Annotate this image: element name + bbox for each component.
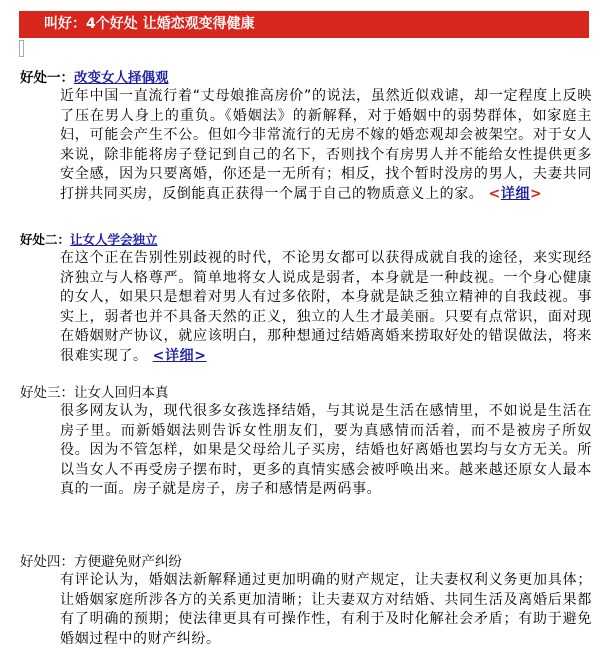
detail-bracket-close: > <box>530 186 542 202</box>
section-benefit-2: 好处二：让女人学会独立 在这个正在告别性别歧视的时代，不论男女都可以获得成就自我… <box>20 231 592 366</box>
section-title-link[interactable]: 改变女人择偶观 <box>74 70 169 86</box>
section-benefit-1: 好处一：改变女人择偶观 近年中国一直流行着“丈母娘推高房价”的说法，虽然近似戏谑… <box>20 69 592 204</box>
section-heading: 好处四：方便避免财产纠纷 <box>20 553 592 571</box>
article-page: 叫好：4个好处 让婚恋观变得健康 好处一：改变女人择偶观 近年中国一直流行着“丈… <box>0 0 600 672</box>
section-title: 方便避免财产纠纷 <box>74 554 182 570</box>
detail-bracket-close: > <box>194 348 206 364</box>
section-body: 有评论认为，婚姻法新解释通过更加明确的财产规定，让夫妻权利义务更加具体；让婚姻家… <box>60 571 592 649</box>
detail-label: 详细 <box>501 186 530 202</box>
text-cursor-box <box>19 40 24 57</box>
article-title: 叫好：4个好处 让婚恋观变得健康 <box>44 16 255 32</box>
section-heading: 好处一：改变女人择偶观 <box>20 69 592 87</box>
detail-bracket-open: < <box>488 186 500 202</box>
section-paragraph: 在这个正在告别性别歧视的时代，不论男女都可以获得成就自我的途径，来实现经济独立与… <box>60 250 592 364</box>
section-title: 让女人回归本真 <box>74 385 169 401</box>
section-benefit-4: 好处四：方便避免财产纠纷 有评论认为，婚姻法新解释通过更加明确的财产规定，让夫妻… <box>20 553 592 649</box>
section-title-link[interactable]: 让女人学会独立 <box>70 232 158 247</box>
detail-link[interactable]: <详细> <box>153 348 207 364</box>
detail-label: 详细 <box>165 348 194 364</box>
section-paragraph: 有评论认为，婚姻法新解释通过更加明确的财产规定，让夫妻权利义务更加具体；让婚姻家… <box>60 572 592 647</box>
section-prefix: 好处三： <box>20 385 74 401</box>
section-prefix: 好处一： <box>20 70 74 86</box>
detail-link[interactable]: <详细> <box>488 186 542 202</box>
section-prefix: 好处四： <box>20 554 74 570</box>
section-benefit-3: 好处三：让女人回归本真 很多网友认为，现代很多女孩选择结婚，与其说是生活在感情里… <box>20 384 592 500</box>
section-heading: 好处三：让女人回归本真 <box>20 384 592 402</box>
section-paragraph: 近年中国一直流行着“丈母娘推高房价”的说法，虽然近似戏谑，却一定程度上反映了压在… <box>60 88 592 202</box>
section-body: 近年中国一直流行着“丈母娘推高房价”的说法，虽然近似戏谑，却一定程度上反映了压在… <box>60 87 592 204</box>
section-heading: 好处二：让女人学会独立 <box>20 231 592 249</box>
article-title-bar: 叫好：4个好处 让婚恋观变得健康 <box>19 11 589 38</box>
section-prefix: 好处二： <box>20 232 70 247</box>
section-body: 很多网友认为，现代很多女孩选择结婚，与其说是生活在感情里，不如说是生活在房子里。… <box>60 402 592 500</box>
section-body: 在这个正在告别性别歧视的时代，不论男女都可以获得成就自我的途径，来实现经济独立与… <box>60 249 592 366</box>
section-paragraph: 很多网友认为，现代很多女孩选择结婚，与其说是生活在感情里，不如说是生活在房子里。… <box>60 403 592 497</box>
detail-bracket-open: < <box>153 348 165 364</box>
